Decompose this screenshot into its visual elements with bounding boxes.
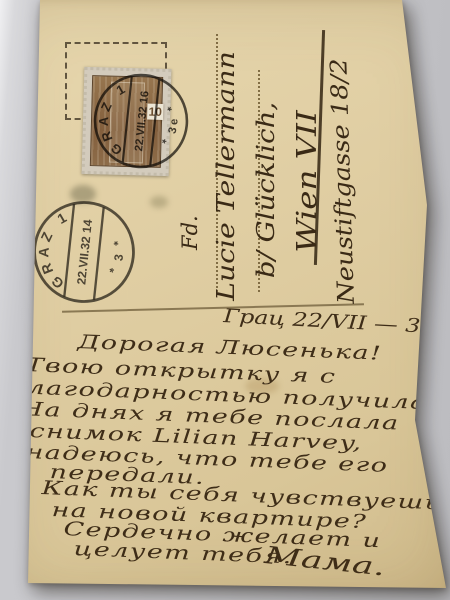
margin-note-vertical: Шлю сердечный привет. xyxy=(8,316,54,586)
postmark-date: 22.VII.32 14 xyxy=(74,219,95,286)
handwritten-dateline: Грац 22/VII — 32 xyxy=(223,305,436,338)
paper-stain xyxy=(150,196,168,208)
postmark-code: * 3 * xyxy=(106,233,129,277)
postcard: 10 22.VII.32 16 GRAZ 1 * 3e * xyxy=(0,0,450,600)
postmark-graz-left: 22.VII.32 14 GRAZ 1 * 3 * xyxy=(22,190,145,313)
svg-text:* 3 *: * 3 * xyxy=(106,233,129,277)
photo-background: 10 22.VII.32 16 GRAZ 1 * 3e * xyxy=(0,0,450,600)
address-care-of: b/ Glücklich, xyxy=(252,0,292,308)
postmark-date: 22.VII.32 16 xyxy=(133,90,151,152)
address-prefix: Fd. xyxy=(178,0,212,308)
postmark-town: GRAZ 1 xyxy=(31,204,75,293)
address-block: Fd. Lucie Tellermann b/ Glücklich, Wien … xyxy=(178,0,378,308)
margin-note-text: Шлю сердечный привет. xyxy=(8,258,29,586)
address-name: Lucie Tellermann xyxy=(212,0,252,308)
svg-text:GRAZ 1: GRAZ 1 xyxy=(31,204,75,293)
postcard-shadow: 10 22.VII.32 16 GRAZ 1 * 3e * xyxy=(0,0,450,600)
